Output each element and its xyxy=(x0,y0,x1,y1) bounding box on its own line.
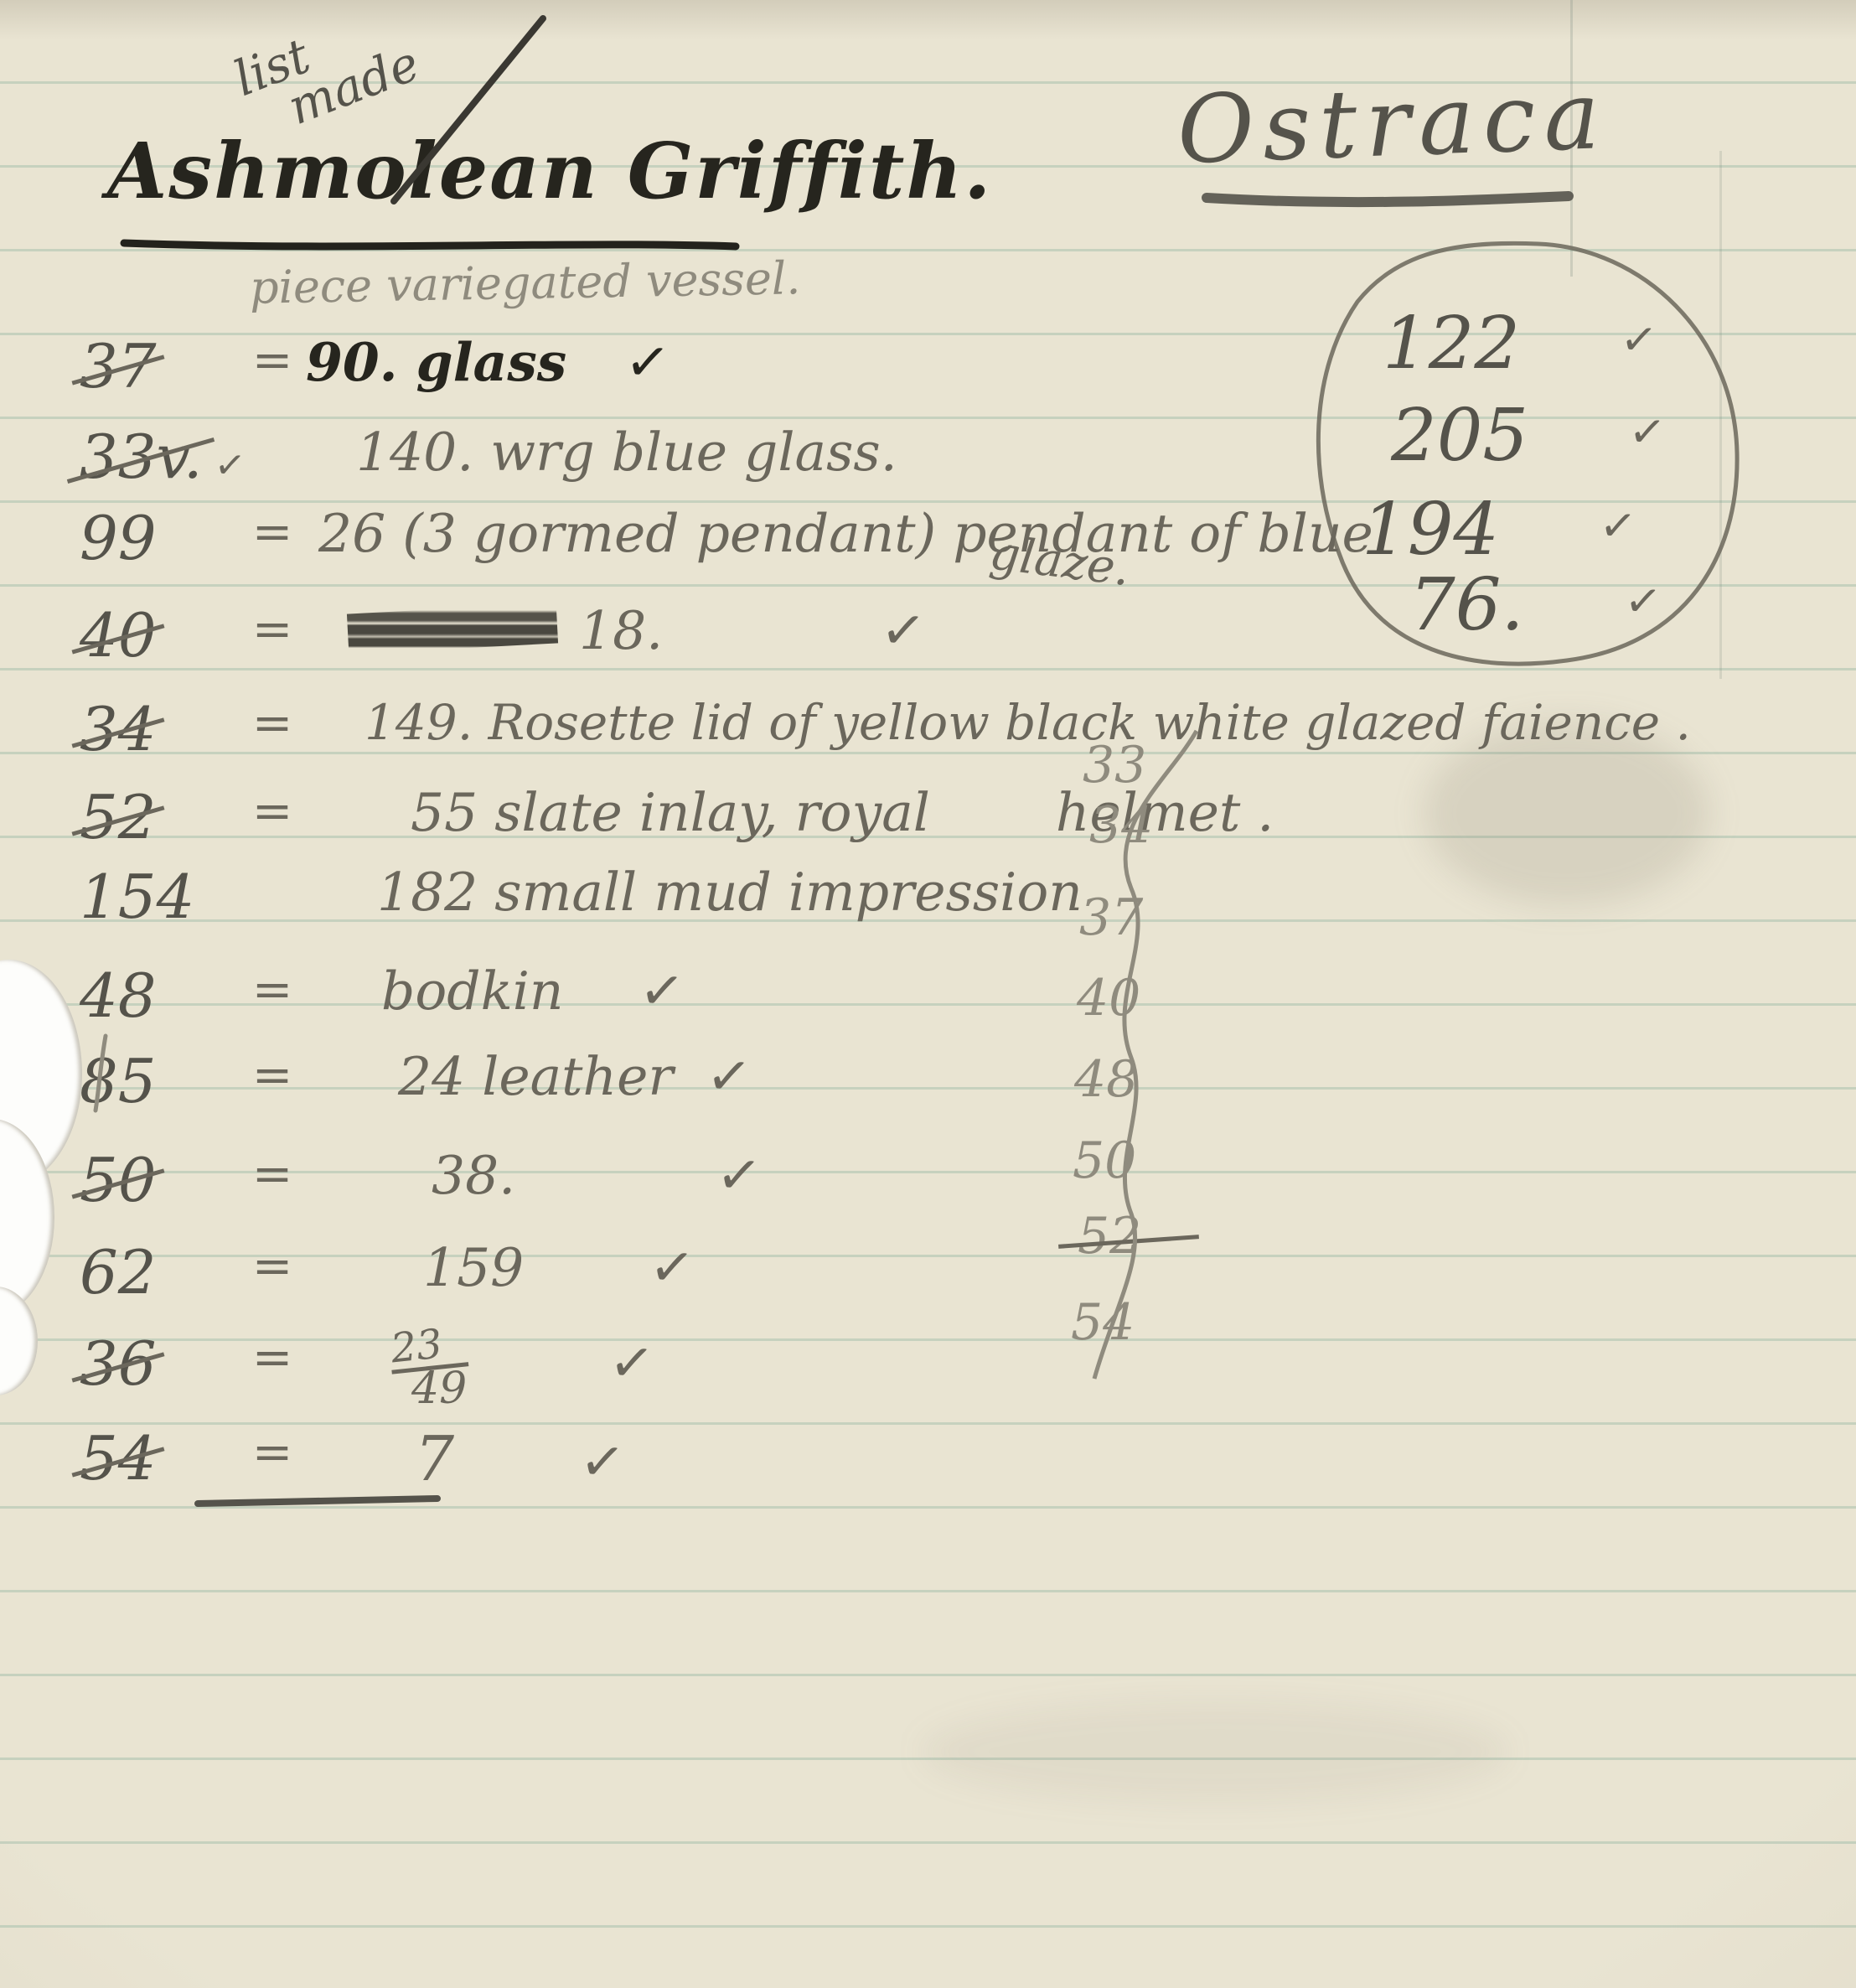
check-icon: ✓ xyxy=(212,443,247,489)
row-text-main: 7 xyxy=(415,1423,454,1495)
list-row: 37 = 90. glass✓ xyxy=(67,331,670,401)
side-number: 50 xyxy=(1073,1131,1136,1190)
check-icon: ✓ xyxy=(704,1043,755,1110)
check-icon: ✓ xyxy=(1597,500,1639,553)
row-text-main: 55 slate inlay, royal xyxy=(411,782,930,843)
row-text: 24 leather✓ xyxy=(306,1046,752,1108)
row-text: 7✓ xyxy=(306,1423,625,1495)
equals-sign: = xyxy=(239,782,306,839)
side-number: 40 xyxy=(1077,969,1140,1028)
row-number: 52 xyxy=(67,782,239,852)
row-text-main: 182 small mud impression xyxy=(377,862,1083,923)
row-text: 26 (3 gormed pendant) pendant of bluegla… xyxy=(306,503,1373,603)
equals-sign: = xyxy=(239,960,306,1017)
list-row: 50 = 38.✓ xyxy=(67,1145,762,1215)
scribble-redaction xyxy=(347,603,558,654)
list-row: 54 = 7✓ xyxy=(67,1423,625,1495)
equals-sign: = xyxy=(239,1046,306,1103)
row-number: 34 xyxy=(67,694,239,764)
side-number: 37 xyxy=(1079,888,1143,947)
check-icon: ✓ xyxy=(606,1331,657,1397)
row-text: 149. Rosette lid of yellow black white g… xyxy=(306,694,1691,751)
check-icon: ✓ xyxy=(1622,575,1664,629)
row-text-main: 140. wrg blue glass. xyxy=(356,422,897,483)
list-row: 40 = 18.✓ xyxy=(67,600,926,670)
equals-sign: = xyxy=(239,503,306,560)
circled-number-row: 76. ✓ xyxy=(1409,563,1661,647)
row-text: 90. glass✓ xyxy=(306,331,670,394)
row-number: 54 xyxy=(67,1423,239,1494)
fraction: 2349 xyxy=(390,1328,467,1407)
circled-number: 76. xyxy=(1409,563,1524,647)
equals-sign: = xyxy=(239,1145,306,1202)
row-number: 85 xyxy=(67,1046,239,1116)
circled-number: 205 xyxy=(1391,394,1528,478)
side-number: 52 xyxy=(1078,1207,1141,1266)
row-text-main: 38. xyxy=(432,1145,515,1206)
check-icon: ✓ xyxy=(1626,406,1668,459)
row-number: 62 xyxy=(67,1237,239,1307)
check-icon: ✓ xyxy=(647,1235,698,1301)
row-number: 50 xyxy=(67,1145,239,1215)
circled-number-row: 205 ✓ xyxy=(1391,394,1666,478)
row-text-main: bodkin xyxy=(381,960,564,1022)
list-row: 34 = 149. Rosette lid of yellow black wh… xyxy=(67,694,1691,764)
check-icon: ✓ xyxy=(636,958,687,1024)
row-number: 33v.✓ xyxy=(67,422,239,492)
row-text: 182 small mud impression xyxy=(306,862,1083,923)
row-number: 48 xyxy=(67,960,239,1031)
row-text: bodkin✓ xyxy=(306,960,684,1022)
check-icon: ✓ xyxy=(576,1429,628,1495)
circled-number: 122 xyxy=(1383,302,1520,386)
row-text-main: 90. glass xyxy=(306,331,566,393)
equals-sign: = xyxy=(239,694,306,751)
side-number: 34 xyxy=(1089,796,1153,855)
side-number: 54 xyxy=(1071,1293,1135,1352)
row-text: 159✓ xyxy=(306,1237,695,1299)
check-icon: ✓ xyxy=(713,1142,764,1209)
list-row: 85 = 24 leather✓ xyxy=(67,1046,752,1116)
circled-number-row: 122 ✓ xyxy=(1383,302,1657,386)
equals-sign: = xyxy=(239,1237,306,1294)
circled-number: 194 xyxy=(1362,488,1499,572)
side-number: 33 xyxy=(1083,736,1146,795)
list-row: 154 182 small mud impression xyxy=(67,862,1083,932)
circled-number-row: 194 ✓ xyxy=(1362,488,1636,572)
check-icon: ✓ xyxy=(623,329,674,396)
check-icon: ✓ xyxy=(877,598,928,664)
row-text: 38.✓ xyxy=(306,1145,762,1207)
equals-sign: = xyxy=(239,1328,306,1385)
row-text: 2349✓ xyxy=(306,1328,654,1407)
side-number-column: 33 34 37 40 48 50 52 54 xyxy=(0,0,64,59)
fraction-denominator: 49 xyxy=(411,1370,467,1407)
list-row: 99 = 26 (3 gormed pendant) pendant of bl… xyxy=(67,503,1373,603)
list-row: 33v.✓ 140. wrg blue glass. xyxy=(67,422,897,492)
entry-list: 37 = 90. glass✓ 33v.✓ 140. wrg blue glas… xyxy=(67,0,1793,1988)
row-text-main: 159 xyxy=(423,1237,524,1298)
row-number: 36 xyxy=(67,1328,239,1399)
row-number: 37 xyxy=(67,331,239,401)
equals-sign: = xyxy=(239,1423,306,1480)
row-text-main: 18. xyxy=(579,600,663,661)
list-row: 48 = bodkin✓ xyxy=(67,960,684,1031)
row-number: 154 xyxy=(67,862,239,932)
side-number: 48 xyxy=(1074,1050,1138,1109)
list-row: 62 = 159✓ xyxy=(67,1237,695,1307)
fraction-numerator: 23 xyxy=(388,1324,469,1374)
equals-sign: = xyxy=(239,600,306,657)
row-number: 99 xyxy=(67,503,239,573)
equals-sign: = xyxy=(239,331,306,388)
check-icon: ✓ xyxy=(1618,313,1660,367)
row-text: 18.✓ xyxy=(306,600,926,662)
row-text: 140. wrg blue glass. xyxy=(306,422,897,483)
notebook-page: list made Ashmolean Griffith. piece vari… xyxy=(0,0,1856,1988)
list-row: 36 = 2349✓ xyxy=(67,1328,654,1407)
row-text-main: 24 leather xyxy=(398,1046,673,1107)
row-text-main: 149. Rosette lid of yellow black white g… xyxy=(364,694,1691,751)
row-number: 40 xyxy=(67,600,239,670)
